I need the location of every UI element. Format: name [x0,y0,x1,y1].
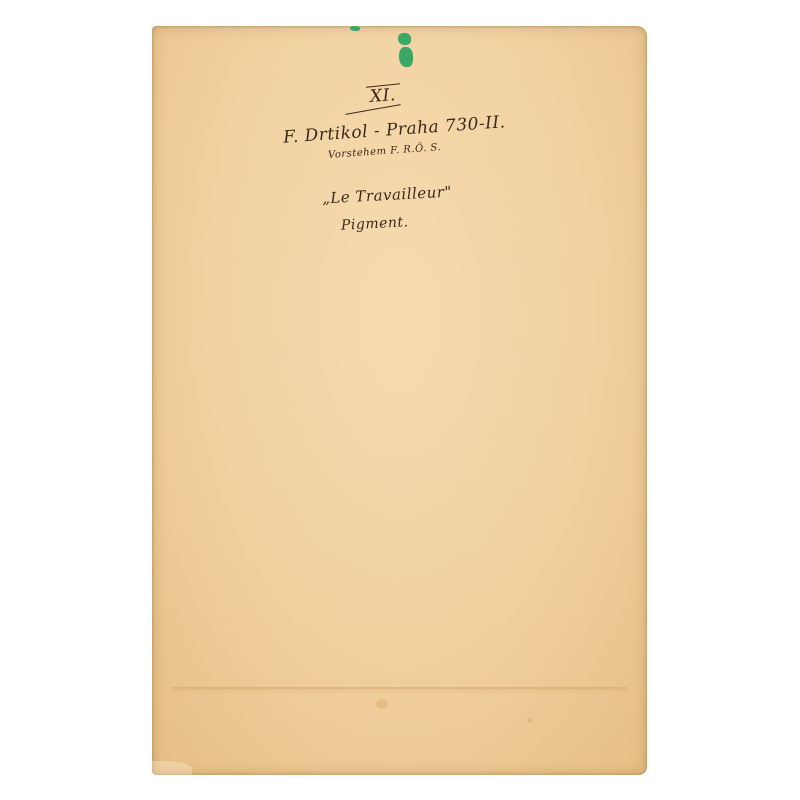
corner-wear [152,761,192,775]
paper-stain [376,699,388,709]
inscription-number: XI. [369,85,396,107]
green-tape-remnant [350,26,360,31]
green-tape-remnant [399,47,413,67]
paper-stain [527,718,533,723]
card-fold-line [172,687,627,689]
green-tape-remnant [398,33,411,45]
